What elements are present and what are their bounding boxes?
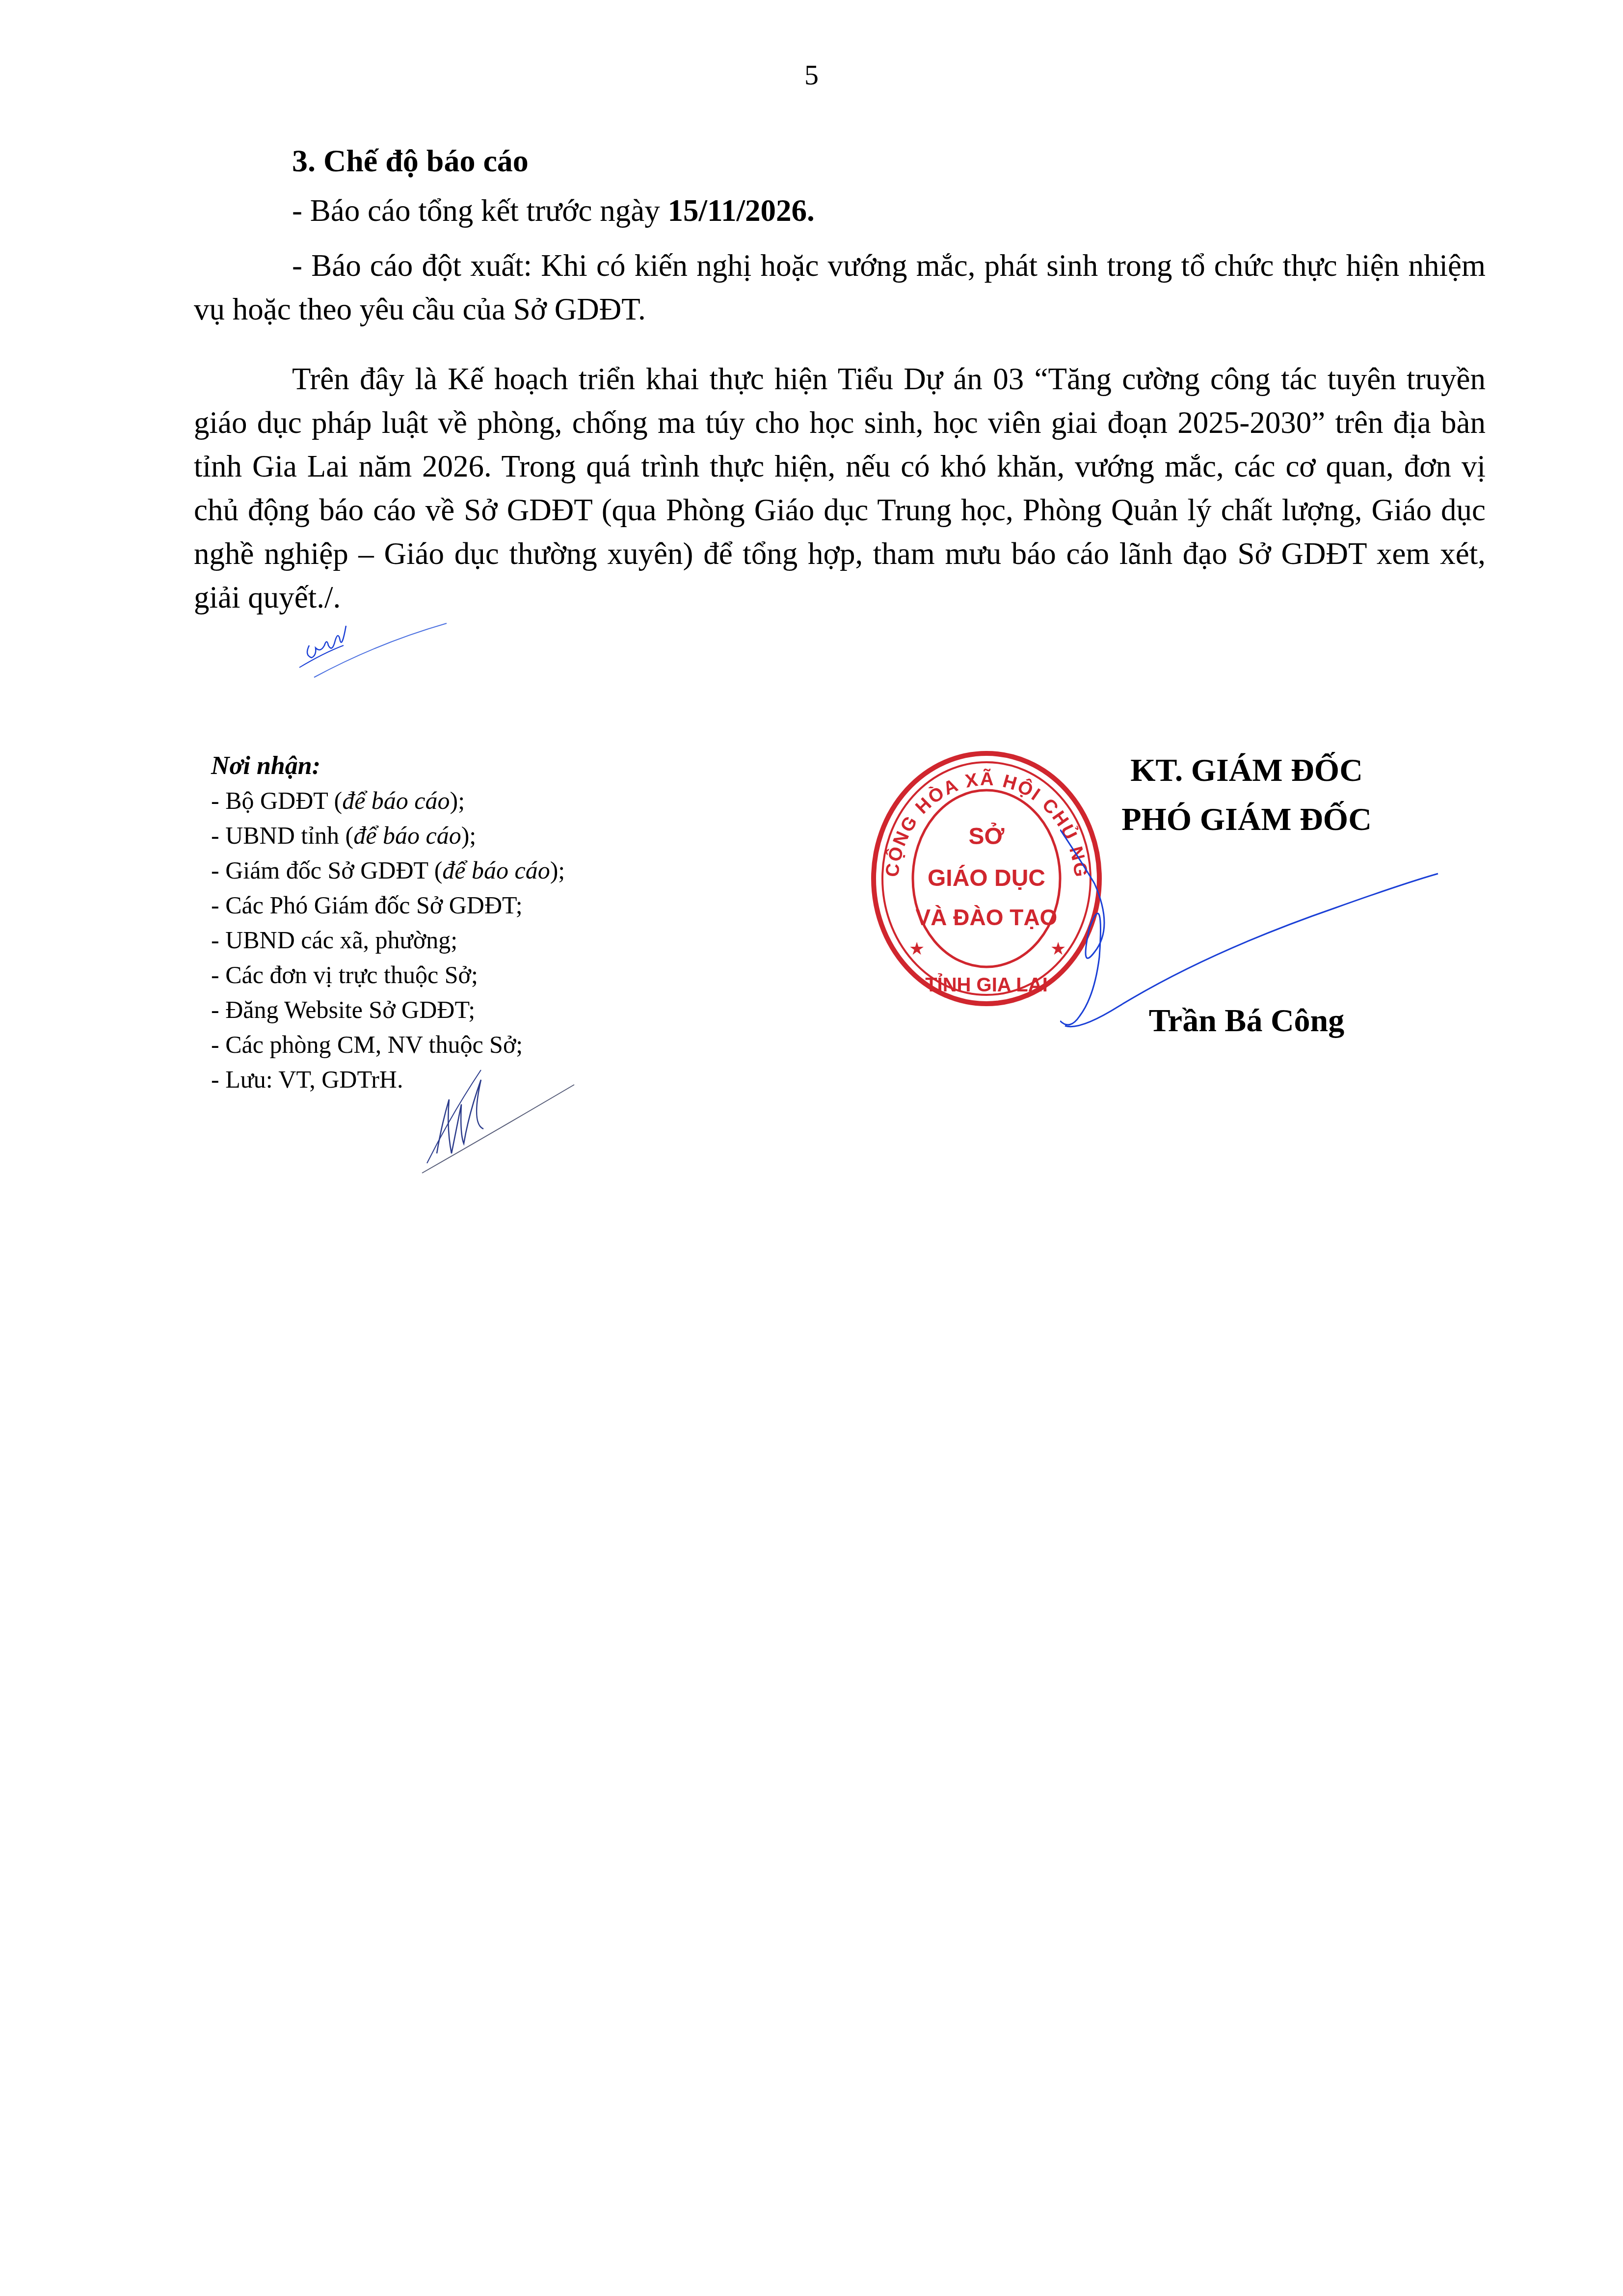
section-heading: 3. Chế độ báo cáo [292, 141, 529, 181]
approval-initials-icon [290, 614, 456, 682]
svg-text:GIÁO DỤC: GIÁO DỤC [928, 865, 1045, 891]
recipients-list: Nơi nhận: - Bộ GDĐT (để báo cáo); - UBND… [211, 748, 565, 1097]
svg-text:★: ★ [909, 939, 925, 959]
recipient-item: - UBND các xã, phường; [211, 923, 565, 958]
ad-hoc-report-item: - Báo cáo đột xuất: Khi có kiến nghị hoặ… [194, 244, 1486, 331]
recipient-item: - Các Phó Giám đốc Sở GDĐT; [211, 888, 565, 923]
svg-text:VÀ ĐÀO TẠO: VÀ ĐÀO TẠO [916, 905, 1058, 930]
report-deadline-text: - Báo cáo tổng kết trước ngày [292, 193, 667, 228]
signer-name: Trần Bá Công [1050, 1001, 1443, 1041]
page-number: 5 [0, 58, 1623, 92]
svg-text:SỞ: SỞ [969, 823, 1005, 850]
recipient-item: - Giám đốc Sở GDĐT (để báo cáo); [211, 853, 565, 888]
recipient-item: - Bộ GDĐT (để báo cáo); [211, 783, 565, 818]
report-deadline-date: 15/11/2026. [667, 193, 814, 228]
closing-paragraph: Trên đây là Kế hoạch triển khai thực hiệ… [194, 357, 1486, 619]
recipient-item: - Các phòng CM, NV thuộc Sở; [211, 1027, 565, 1062]
signer-authority: KT. GIÁM ĐỐC [1050, 746, 1443, 795]
report-deadline-item: - Báo cáo tổng kết trước ngày 15/11/2026… [292, 189, 1486, 233]
recipients-title: Nơi nhận: [211, 748, 565, 783]
recipient-item: - Đăng Website Sở GDĐT; [211, 992, 565, 1027]
recipient-item: - Các đơn vị trực thuộc Sở; [211, 958, 565, 992]
recipient-item: - UBND tỉnh (để báo cáo); [211, 818, 565, 853]
svg-text:TỈNH GIA LAI: TỈNH GIA LAI [925, 973, 1048, 996]
filing-initials-icon [417, 1065, 594, 1178]
